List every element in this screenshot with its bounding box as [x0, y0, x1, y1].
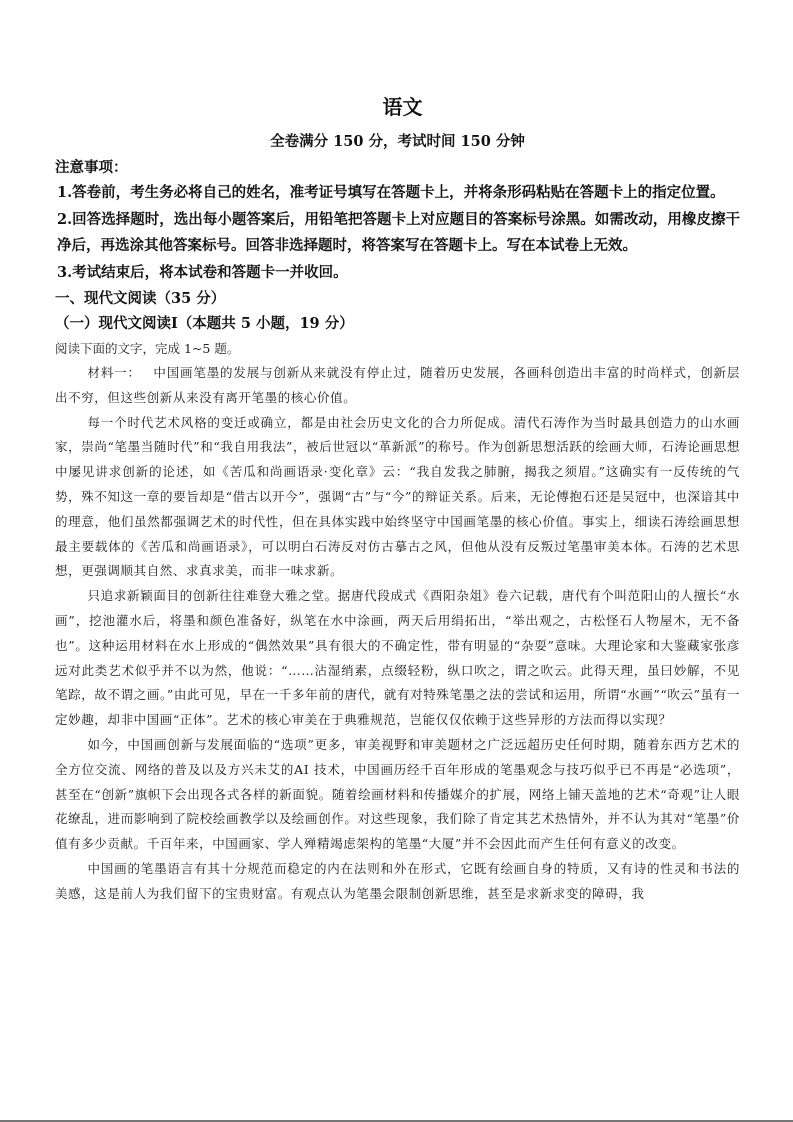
body-paragraph: 只追求新颖面目的创新往往难登大雅之堂。据唐代段成式《酉阳杂俎》卷六记载，唐代有个…: [55, 584, 740, 733]
exam-page: 语文 全卷满分 150 分，考试时间 150 分钟 注意事项： 1.答卷前，考生…: [55, 88, 740, 907]
body-paragraph: 中国画的笔墨语言有其十分规范而稳定的内在法则和外在形式，它既有绘画自身的特质，又…: [55, 857, 740, 907]
page-title: 语文: [65, 88, 740, 126]
body-paragraph: 材料一：中国画笔墨的发展与创新从来就没有停止过，随着历史发展，各画科创造出丰富的…: [55, 361, 740, 411]
note-item: 2.回答选择题时，选出每小题答案后，用铅笔把答题卡上对应题目的答案标号涂黑。如需…: [55, 207, 740, 260]
material-label: 材料一：: [88, 365, 141, 380]
exam-info: 全卷满分 150 分，考试时间 150 分钟: [55, 128, 740, 156]
reading-instruction: 阅读下面的文字，完成 1~5 题。: [55, 336, 740, 361]
paragraph-text: 中国画笔墨的发展与创新从来就没有停止过，随着历史发展，各画科创造出丰富的时尚样式…: [55, 365, 740, 405]
subsection-heading: （一）现代文阅读Ⅰ（本题共 5 小题，19 分）: [55, 311, 740, 336]
note-item: 1.答卷前，考生务必将自己的姓名，准考证号填写在答题卡上，并将条形码粘贴在答题卡…: [55, 180, 740, 207]
body-paragraph: 如今，中国画创新与发展面临的“选项”更多，审美视野和审美题材之广泛远超历史任何时…: [55, 733, 740, 857]
body-paragraph: 每一个时代艺术风格的变迁或确立，都是由社会历史文化的合力所促成。清代石涛作为当时…: [55, 411, 740, 585]
section-heading: 一、现代文阅读（35 分）: [55, 286, 740, 311]
note-item: 3.考试结束后，将本试卷和答题卡一并收回。: [55, 260, 740, 287]
notes-heading: 注意事项：: [55, 156, 740, 180]
